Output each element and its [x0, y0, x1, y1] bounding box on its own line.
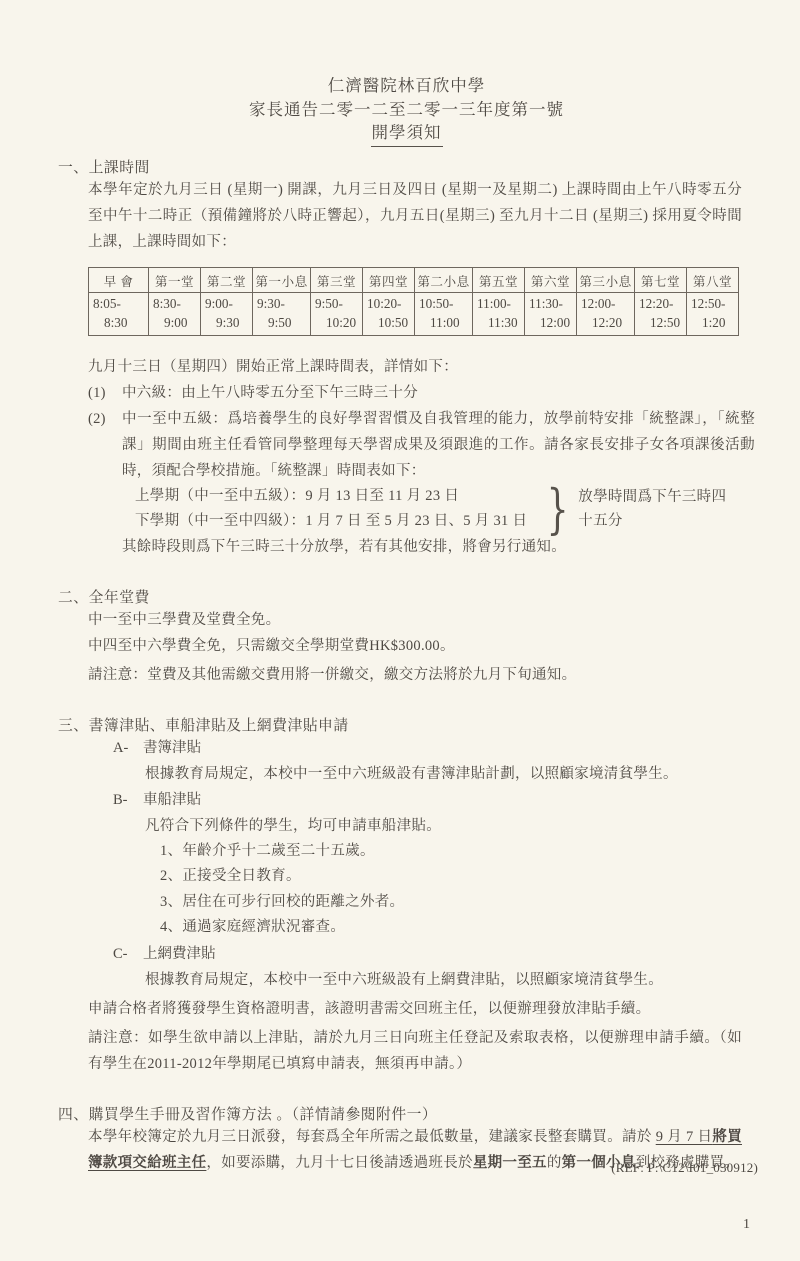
term-lines: 上學期（中一至中五級）：9 月 13 日至 11 月 23 日 下學期（中一至中…: [135, 484, 543, 534]
subsidy-c-title: 上網費津貼: [143, 941, 216, 967]
section2-title: 二、全年堂費: [58, 586, 755, 607]
curly-brace: }: [547, 482, 569, 535]
item-number: (2): [88, 406, 122, 484]
subsidy-b-condition: 3、居住在可步行回校的距離之外者。: [160, 890, 755, 916]
subsidy-a-title: 書簿津貼: [143, 735, 201, 761]
run-text: 本學年校簿定於九月三日派發，每套爲全年所需之最低數量，建議家長整套購買。請於: [88, 1129, 656, 1145]
notice-number-line: 家長通告二零一二至二零一三年度第一號: [58, 98, 755, 122]
timetable-cell: 9:00-9:30: [201, 292, 253, 335]
timetable-cell: 11:00-11:30: [473, 292, 525, 335]
reference-code: (REF: P:\C12\I01_030912): [611, 1160, 758, 1176]
subsidy-a-label: A-: [113, 735, 143, 761]
subsidy-c-body: 根據教育局規定，本校中一至中六班級設有上網費津貼，以照顧家境清貧學生。: [145, 967, 745, 993]
subsidy-c-heading: C- 上網費津貼: [113, 941, 755, 967]
timetable-cell: 9:50-10:20: [311, 292, 363, 335]
timetable-col-header: 第一堂: [149, 267, 201, 292]
school-name: 仁濟醫院林百欣中學: [58, 74, 755, 98]
subsidy-attention: 請注意：如學生欲申請以上津貼，請於九月三日向班主任登記及索取表格，以便辦理申請手…: [88, 1025, 742, 1077]
dismissal-time-note: 放學時間爲下午三時四十五分: [578, 485, 740, 533]
timetable-cell: 10:20-10:50: [363, 292, 415, 335]
timetable-cell: 12:50-1:20: [687, 292, 739, 335]
schedule-item-1: (1) 中六級：由上午八時零五分至下午三時三十分: [88, 380, 755, 406]
timetable-cell: 9:30-9:50: [253, 292, 311, 335]
timetable-col-header: 第三堂: [311, 267, 363, 292]
timetable-header-row: 早 會 第一堂 第二堂 第一小息 第三堂 第四堂 第二小息 第五堂 第六堂 第三…: [89, 267, 739, 292]
subsidy-b-condition: 2、正接受全日教育。: [160, 864, 755, 890]
subsidy-a-body: 根據教育局規定，本校中一至中六班級設有書簿津貼計劃，以照顧家境清貧學生。: [145, 761, 745, 787]
timetable-col-header: 第八堂: [687, 267, 739, 292]
subsidy-c-label: C-: [113, 941, 143, 967]
item-number: (1): [88, 380, 122, 406]
term2-line: 下學期（中一至中四級）：1 月 7 日 至 5 月 23 日、5 月 31 日: [135, 509, 543, 534]
timetable-col-header: 第二小息: [415, 267, 473, 292]
certificate-note: 申請合格者將獲發學生資格證明書，該證明書需交回班主任，以便辦理發放津貼手續。: [88, 996, 742, 1022]
page-number: 1: [743, 1217, 750, 1233]
timetable-col-header: 第一小息: [253, 267, 311, 292]
normal-schedule-intro: 九月十三日（星期四）開始正常上課時間表，詳情如下：: [88, 354, 755, 380]
scanned-notice-page: 仁濟醫院林百欣中學 家長通告二零一二至二零一三年度第一號 開學須知 一、上課時間…: [0, 0, 800, 1261]
fee-line-1: 中一至中三學費及堂費全免。: [88, 607, 755, 633]
term-dates-block: 上學期（中一至中五級）：9 月 13 日至 11 月 23 日 下學期（中一至中…: [135, 484, 755, 534]
section4-title: 四、購買學生手冊及習作簿方法 。（詳情請參閱附件一）: [58, 1103, 755, 1124]
subsidy-b-intro: 凡符合下列條件的學生，均可申請車船津貼。: [145, 813, 745, 839]
fee-attention: 請注意：堂費及其他需繳交費用將一併繳交，繳交方法將於九月下旬通知。: [88, 662, 755, 688]
item-text: 中六級：由上午八時零五分至下午三時三十分: [122, 380, 755, 406]
schedule-item-2: (2) 中一至中五級：爲培養學生的良好學習習慣及自我管理的能力，放學前特安排「統…: [88, 406, 755, 484]
document-content: 仁濟醫院林百欣中學 家長通告二零一二至二零一三年度第一號 開學須知 一、上課時間…: [0, 0, 800, 1176]
subsidy-b-condition: 4、通過家庭經濟狀況審查。: [160, 915, 755, 941]
timetable-col-header: 第四堂: [363, 267, 415, 292]
timetable-col-header: 第二堂: [201, 267, 253, 292]
timetable-col-header: 早 會: [89, 267, 149, 292]
run-weekdays-bold: 星期一至五: [473, 1155, 547, 1171]
timetable-cell: 12:20-12:50: [635, 292, 687, 335]
timetable-col-header: 第五堂: [473, 267, 525, 292]
other-time-text: 其餘時段則爲下午三時三十分放學，若有其他安排，將會另行通知。: [122, 534, 755, 560]
timetable-cell: 11:30-12:00: [525, 292, 577, 335]
notice-subject-text: 開學須知: [371, 121, 443, 147]
run-date-underlined: 9 月 7 日: [656, 1129, 713, 1145]
timetable-cell: 10:50-11:00: [415, 292, 473, 335]
subsidy-a-heading: A- 書簿津貼: [113, 735, 755, 761]
timetable-col-header: 第三小息: [577, 267, 635, 292]
term1-line: 上學期（中一至中五級）：9 月 13 日至 11 月 23 日: [135, 484, 543, 509]
section3-title: 三、書簿津貼、車船津貼及上網費津貼申請: [58, 714, 755, 735]
notice-subject: 開學須知: [58, 121, 755, 147]
fee-line-2: 中四至中六學費全免，只需繳交全學期堂費HK$300.00。: [88, 633, 755, 659]
timetable-cell: 8:30-9:00: [149, 292, 201, 335]
item-text: 中一至中五級：爲培養學生的良好學習習慣及自我管理的能力，放學前特安排「統整課」，…: [122, 406, 755, 484]
timetable-cell: 8:05-8:30: [89, 292, 149, 335]
subsidy-b-condition: 1、年齡介乎十二歲至二十五歲。: [160, 839, 755, 865]
timetable-col-header: 第七堂: [635, 267, 687, 292]
run-text: ，如要添購，九月十七日後請透過班長於: [206, 1155, 472, 1171]
timetable-col-header: 第六堂: [525, 267, 577, 292]
section1-intro: 本學年定於九月三日 (星期一) 開課，九月三日及四日 (星期一及星期二) 上課時…: [88, 177, 742, 255]
timetable-times-row: 8:05-8:30 8:30-9:00 9:00-9:30 9:30-9:50 …: [89, 292, 739, 335]
run-text: 的: [547, 1155, 562, 1171]
class-timetable: 早 會 第一堂 第二堂 第一小息 第三堂 第四堂 第二小息 第五堂 第六堂 第三…: [88, 267, 739, 336]
section1-title: 一、上課時間: [58, 156, 755, 177]
document-header: 仁濟醫院林百欣中學 家長通告二零一二至二零一三年度第一號 開學須知: [58, 74, 755, 147]
other-time-line: 其餘時段則爲下午三時三十分放學，若有其他安排，將會另行通知。: [88, 534, 755, 560]
subsidy-b-label: B-: [113, 787, 143, 813]
subsidy-b-title: 車船津貼: [143, 787, 201, 813]
subsidy-b-heading: B- 車船津貼: [113, 787, 755, 813]
timetable-cell: 12:00-12:20: [577, 292, 635, 335]
